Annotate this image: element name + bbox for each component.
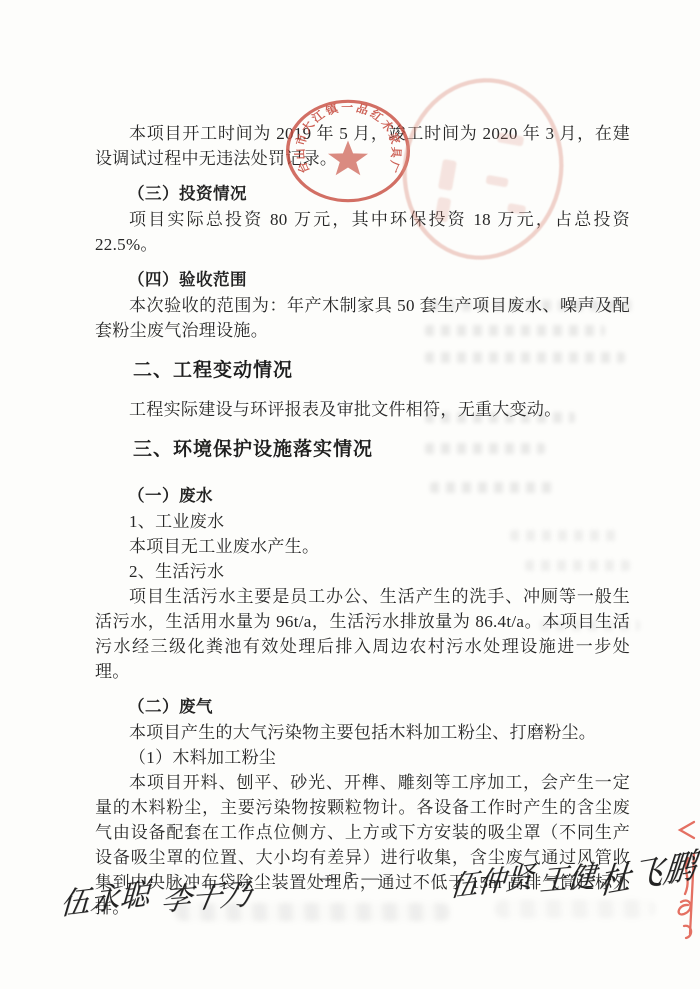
heading-investment: （三）投资情况 — [95, 182, 630, 207]
paragraph-construction-dates: 本项目开工时间为 2019 年 5 月，竣工时间为 2020 年 3 月，在建设… — [95, 121, 630, 171]
heading-wastewater: （一）废水 — [95, 484, 630, 509]
item-industrial-wastewater: 1、工业废水 — [95, 509, 630, 534]
heading-env-protection: 三、环境保护设施落实情况 — [95, 436, 630, 464]
heading-acceptance-scope: （四）验收范围 — [95, 268, 630, 293]
scanned-document-page: 本项目开工时间为 2019 年 5 月，竣工时间为 2020 年 3 月，在建设… — [0, 0, 700, 989]
heading-project-changes: 二、工程变动情况 — [95, 357, 630, 385]
paragraph-investment: 项目实际总投资 80 万元，其中环保投资 18 万元，占总投资 22.5%。 — [95, 207, 630, 257]
signature-left-2: 李干乃 — [158, 869, 256, 920]
item-domestic-sewage: 2、生活污水 — [95, 559, 630, 584]
paragraph-industrial-wastewater: 本项目无工业废水产生。 — [95, 534, 630, 559]
paragraph-domestic-sewage: 项目生活污水主要是员工办公、生活产生的洗手、冲厕等一般生活污水，生活用水量为 9… — [95, 584, 630, 684]
document-body: 本项目开工时间为 2019 年 5 月，竣工时间为 2020 年 3 月，在建设… — [0, 0, 700, 920]
paragraph-air-pollutants: 本项目产生的大气污染物主要包括木料加工粉尘、打磨粉尘。 — [95, 720, 630, 745]
signature-right-2: 王健 — [538, 854, 597, 899]
paragraph-acceptance-scope: 本次验收的范围为：年产木制家具 50 套生产项目废水、噪声及配套粉尘废气治理设施… — [95, 293, 630, 343]
heading-waste-gas: （二）废气 — [95, 695, 630, 720]
paragraph-project-changes: 工程实际建设与环评报表及审批文件相符，无重大变动。 — [95, 397, 630, 422]
item-wood-dust: （1）木料加工粉尘 — [95, 745, 630, 770]
